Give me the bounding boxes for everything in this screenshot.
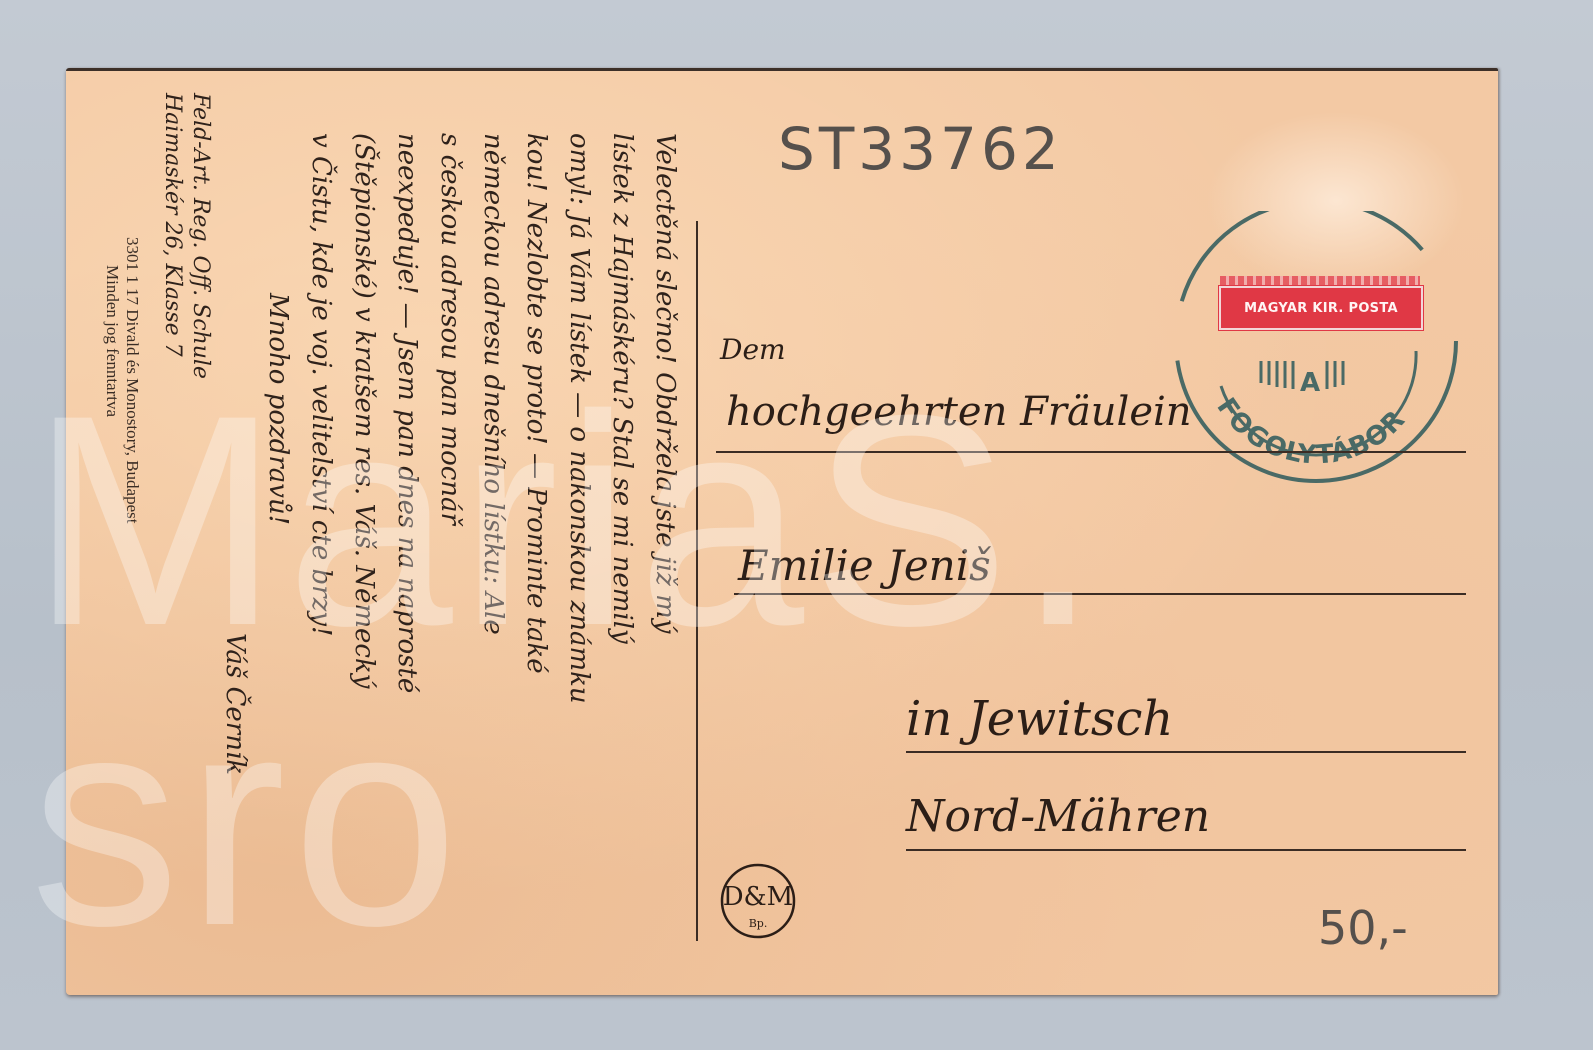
address-line2: Emilie Jeniš — [738, 541, 991, 590]
sender-line1: Feld-Art. Reg. Off. Schule — [186, 93, 214, 379]
svg-text:Bp.: Bp. — [749, 917, 768, 930]
address-line1: hochgeehrten Fräulein — [726, 389, 1192, 435]
message-line: lístek z Hajmáskéru? Stal se mi nemilý — [600, 133, 643, 775]
svg-text:D&M: D&M — [723, 882, 794, 912]
message-line: omyl: Já Vám lístek — o nakonskou známku — [557, 133, 600, 775]
message-line: kou! Nezlobte se proto! — Prominte také — [514, 133, 557, 775]
address-salutation: Dem — [720, 333, 786, 366]
address-line4: Nord-Mähren — [906, 791, 1210, 842]
inventory-number: ST33762 — [778, 115, 1063, 183]
message-line: Velectěná slečno! Obdržela jste již mý — [643, 133, 686, 775]
address-line3: in Jewitsch — [906, 691, 1173, 747]
postmark-icon: A FOGOLYTÁBOR — [1166, 211, 1466, 511]
address-rule-3 — [906, 751, 1466, 753]
message-signature: Váš Černík — [213, 133, 256, 775]
message-line: (Štěpionské) v kratšem res. Váš. Německý — [342, 133, 385, 775]
address-rule-2 — [734, 593, 1466, 595]
handwritten-message: Velectěná slečno! Obdržela jste již mý l… — [213, 133, 686, 775]
sender-line2: Haimaskér 26, Klasse 7 — [158, 93, 186, 379]
postcard-back: 3301 1 17 Divald és Monostory, Budapest … — [66, 68, 1498, 995]
message-line: neexpeduje! — Jsem pan dnes na naprosté — [385, 133, 428, 775]
message-greeting: Mnoho pozdravů! — [256, 133, 299, 775]
message-address-divider — [696, 221, 698, 941]
address-rule-1 — [716, 451, 1466, 453]
address-rule-4 — [906, 849, 1466, 851]
publisher-imprint-line1: 3301 1 17 Divald és Monostory, Budapest — [122, 237, 142, 523]
message-line: s českou adresou pan mocnář — [428, 133, 471, 775]
publisher-monogram-icon: D&M Bp. — [718, 861, 798, 941]
postmark-letter: A — [1300, 368, 1320, 398]
message-line: německou adresu dnešního lístku: Ale — [471, 133, 514, 775]
sender-block: Feld-Art. Reg. Off. Schule Haimaskér 26,… — [158, 93, 214, 379]
publisher-imprint: 3301 1 17 Divald és Monostory, Budapest … — [102, 237, 142, 523]
price-note: 50,- — [1318, 901, 1408, 955]
message-line: v Čistu, kde je voj. velitelství cte brz… — [299, 133, 342, 775]
publisher-imprint-line2: Minden jog fenntartva — [102, 237, 122, 523]
